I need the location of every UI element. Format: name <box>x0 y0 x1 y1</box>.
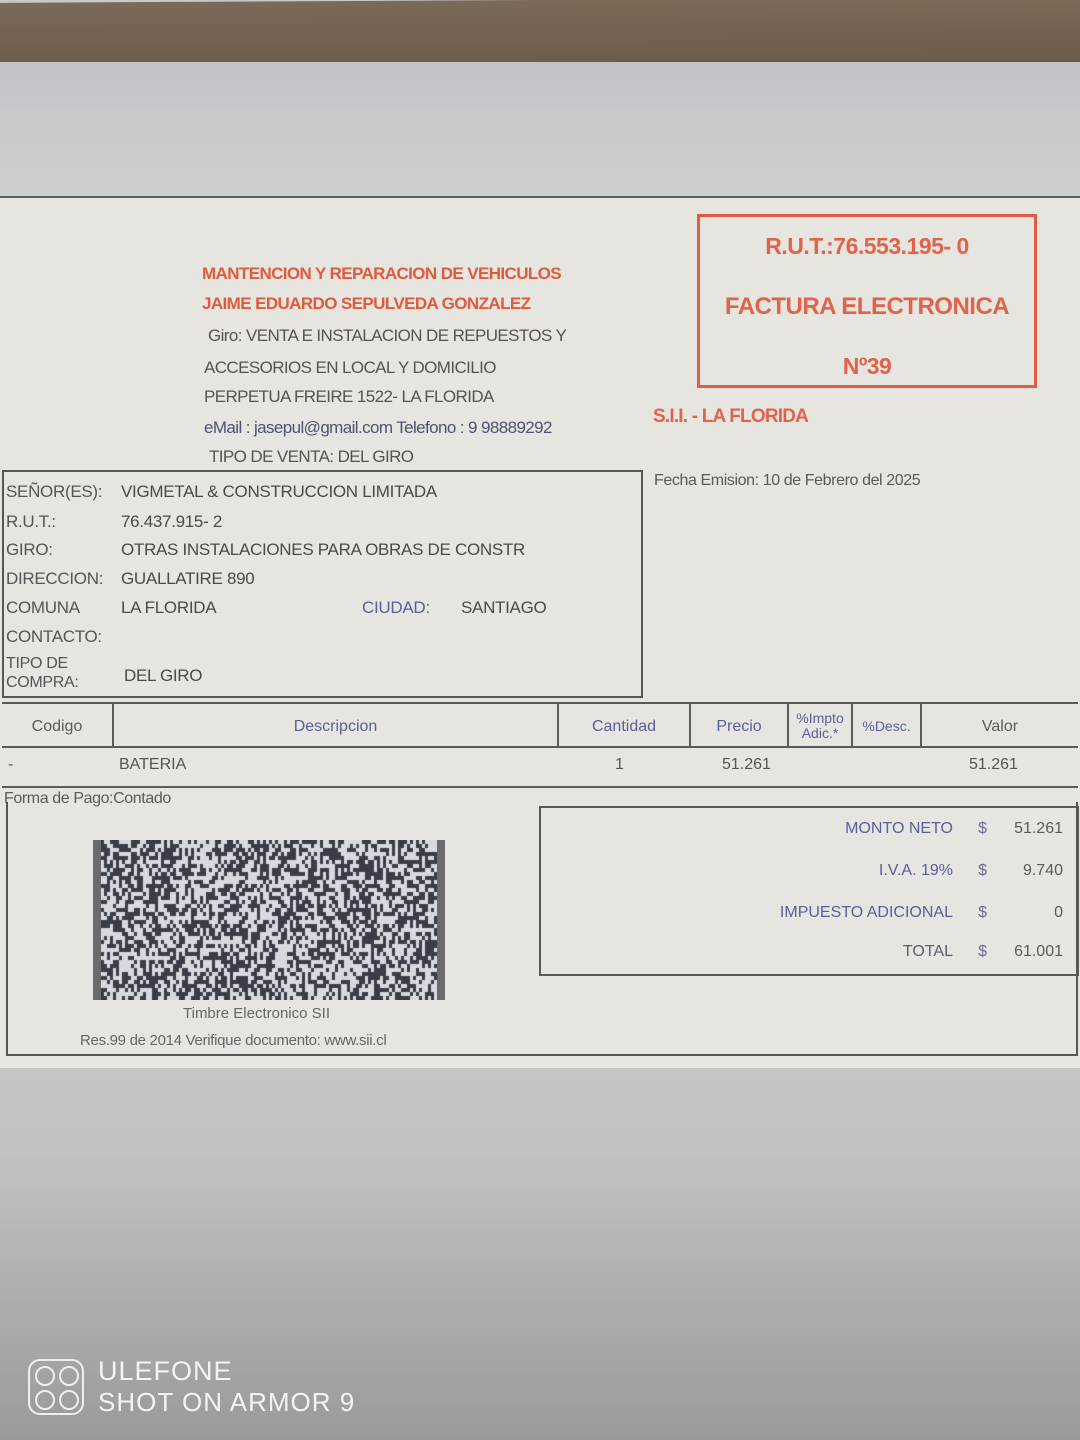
emitter-business-line: MANTENCION Y REPARACION DE VEHICULOS <box>202 264 561 284</box>
col-header-value: Valor <box>922 704 1078 748</box>
totals-box: MONTO NETO $ 51.261 I.V.A. 19% $ 9.740 I… <box>539 806 1079 976</box>
item-value: 51.261 <box>969 756 1018 774</box>
col-header-discount: %Desc. <box>853 704 922 748</box>
client-info-box: SEÑOR(ES): VIGMETAL & CONSTRUCCION LIMIT… <box>2 470 643 698</box>
additional-tax-value: 0 <box>1054 904 1063 922</box>
purchase-type-label-line2: COMPRA: <box>6 674 79 691</box>
items-table-header: Codigo Descripcion Cantidad Precio %Impt… <box>2 702 1078 748</box>
client-giro-label: GIRO: <box>6 540 53 560</box>
camera-watermark: ULEFONE SHOT ON ARMOR 9 <box>28 1356 355 1418</box>
emitter-address: PERPETUA FREIRE 1522- LA FLORIDA <box>204 387 494 407</box>
net-amount-value: 51.261 <box>1014 820 1063 838</box>
client-address-label: DIRECCION: <box>6 569 103 589</box>
client-name-label: SEÑOR(ES): <box>6 482 102 502</box>
vat-label: I.V.A. 19% <box>879 862 953 880</box>
total-row-net: MONTO NETO $ 51.261 <box>537 820 1077 844</box>
total-row-total: TOTAL $ 61.001 <box>537 943 1077 967</box>
additional-tax-label: IMPUESTO ADICIONAL <box>780 904 953 922</box>
item-quantity: 1 <box>615 756 624 774</box>
client-rut: 76.437.915- 2 <box>121 512 222 532</box>
client-contact-label: CONTACTO: <box>6 627 102 647</box>
stamp-caption: Timbre Electronico SII <box>183 1005 330 1022</box>
total-row-additional-tax: IMPUESTO ADICIONAL $ 0 <box>537 904 1077 928</box>
currency-symbol: $ <box>978 820 987 838</box>
vat-value: 9.740 <box>1023 862 1063 880</box>
currency-symbol: $ <box>978 904 987 922</box>
item-code: - <box>8 756 13 774</box>
document-type: FACTURA ELECTRONICA <box>700 293 1034 321</box>
items-table: Codigo Descripcion Cantidad Precio %Impt… <box>2 702 1078 798</box>
client-city-label: CIUDAD: <box>362 598 430 618</box>
currency-symbol: $ <box>978 862 987 880</box>
sii-office: S.I.I. - LA FLORIDA <box>653 406 808 428</box>
client-purchase-type-label: TIPO DE COMPRA: <box>6 654 79 692</box>
quad-camera-icon <box>28 1359 84 1415</box>
issue-date: Fecha Emision: 10 de Febrero del 2025 <box>654 472 920 490</box>
client-comuna: LA FLORIDA <box>121 598 216 618</box>
purchase-type-label-line1: TIPO DE <box>6 655 68 672</box>
document-number: Nº39 <box>700 353 1034 380</box>
item-price: 51.261 <box>722 756 771 774</box>
watermark-model: SHOT ON ARMOR 9 <box>98 1386 355 1418</box>
invoice-document: MANTENCION Y REPARACION DE VEHICULOS JAI… <box>0 196 1080 1068</box>
emitter-contact: eMail : jasepul@gmail.com Telefono : 9 9… <box>204 418 552 438</box>
screen-blank-area <box>0 62 1080 202</box>
emitter-giro-line2: ACCESORIOS EN LOCAL Y DOMICILIO <box>204 358 496 378</box>
electronic-stamp-barcode <box>93 840 445 1000</box>
emitter-sale-type: TIPO DE VENTA: DEL GIRO <box>209 447 413 467</box>
client-name: VIGMETAL & CONSTRUCCION LIMITADA <box>121 482 437 502</box>
table-row: - BATERIA 1 51.261 51.261 <box>2 748 1078 788</box>
total-value: 61.001 <box>1014 943 1063 961</box>
client-rut-label: R.U.T.: <box>6 512 56 532</box>
net-amount-label: MONTO NETO <box>845 820 953 838</box>
watermark-brand: ULEFONE <box>98 1356 355 1386</box>
client-city: SANTIAGO <box>461 598 546 618</box>
emitter-giro-line1: Giro: VENTA E INSTALACION DE REPUESTOS Y <box>208 326 566 346</box>
col-header-additional-tax: %Impto Adic.* <box>789 704 853 748</box>
item-description: BATERIA <box>119 756 186 774</box>
col-header-code: Codigo <box>2 704 114 748</box>
client-address: GUALLATIRE 890 <box>121 569 254 589</box>
currency-symbol: $ <box>978 943 987 961</box>
emitter-name: JAIME EDUARDO SEPULVEDA GONZALEZ <box>202 294 530 314</box>
col-header-description: Descripcion <box>114 704 559 748</box>
client-purchase-type: DEL GIRO <box>124 666 202 686</box>
col-header-price: Precio <box>691 704 789 748</box>
emitter-rut: R.U.T.:76.553.195- 0 <box>700 233 1034 260</box>
total-label: TOTAL <box>903 943 953 961</box>
col-header-quantity: Cantidad <box>559 704 691 748</box>
total-row-vat: I.V.A. 19% $ 9.740 <box>537 862 1077 886</box>
client-comuna-label: COMUNA <box>6 598 80 618</box>
monitor-bezel <box>0 0 1080 69</box>
document-id-box: R.U.T.:76.553.195- 0 FACTURA ELECTRONICA… <box>697 214 1037 388</box>
stamp-resolution: Res.99 de 2014 Verifique documento: www.… <box>80 1032 386 1049</box>
client-giro: OTRAS INSTALACIONES PARA OBRAS DE CONSTR <box>121 540 525 560</box>
